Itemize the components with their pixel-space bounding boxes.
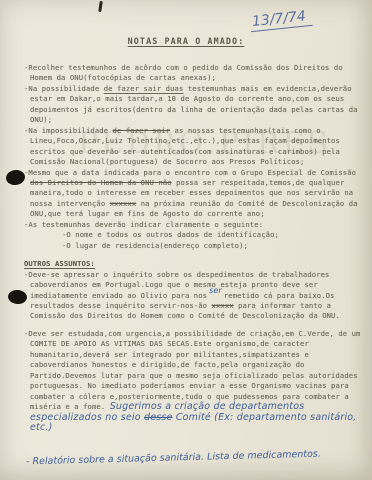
document-page: PEDRO PIRES 13/7/74 NOTAS PARA O AMADO: … <box>0 0 372 480</box>
section-heading-outros-assuntos: OUTROS ASSUNTOS: <box>24 259 362 269</box>
date-annotation: 13/7/74 <box>249 8 313 32</box>
paragraph-grupo-especial: -Mesmo que a data indicada para o encont… <box>24 168 362 220</box>
list-item-residencia: -O lugar de residencia(endereço completo… <box>24 241 362 251</box>
paragraph-impossibilidade: -Na impossibilidade de fazer sair as nos… <box>24 126 362 168</box>
ink-speck <box>98 1 103 12</box>
struck-segment: de fazer sair <box>113 126 171 135</box>
struck-segment: dos Direitos do Homem da ONU não <box>30 178 172 187</box>
handwritten-note-relatorio: - Relatório sobre a situação sanitária. … <box>26 448 356 468</box>
paragraph-dakar: -Na possibilidade de fazer sair duas tes… <box>24 84 362 126</box>
paragraph-indicar: -As testemunhas deverão indicar claramen… <box>24 220 362 230</box>
document-body: -Recolher testemunhos de acôrdo com o pe… <box>24 63 362 433</box>
text-segment: -Recolher testemunhos de acôrdo com o pe… <box>24 63 343 82</box>
document-title: NOTAS PARA O AMADO: <box>0 36 372 46</box>
paragraph-inquerito: -Deve-se apressar o inquérito sobre os d… <box>24 270 362 322</box>
text-segment: -As testemunhas deverão indicar claramen… <box>24 220 263 229</box>
paragraph-testemunhos: -Recolher testemunhos de acôrdo com o pe… <box>24 63 362 84</box>
punch-hole <box>5 169 26 186</box>
text-segment: -Deve ser estudada,com urgencia,a possib… <box>24 329 360 411</box>
text-segment: -O lugar de residencia(endereço completo… <box>62 241 248 250</box>
struck-segment: xxxxxx <box>110 199 137 208</box>
text-segment: -Na possibilidade <box>24 84 104 93</box>
text-segment: -O nome e todos os outros dados de ident… <box>62 230 279 239</box>
list-item-nome: -O nome e todos os outros dados de ident… <box>24 230 362 240</box>
text-segment: -Mesmo que a data indicada para o encont… <box>24 168 356 177</box>
paragraph-comite-apoio: -Deve ser estudada,com urgencia,a possib… <box>24 329 362 434</box>
struck-segment: xxxxx <box>212 301 234 310</box>
underlined-segment: de fazer sair duas <box>104 84 184 93</box>
handwritten-insertion: ser <box>209 286 222 295</box>
handwritten-struck-word: desse <box>144 412 173 423</box>
text-segment: -Na impossibilidade <box>24 126 113 135</box>
